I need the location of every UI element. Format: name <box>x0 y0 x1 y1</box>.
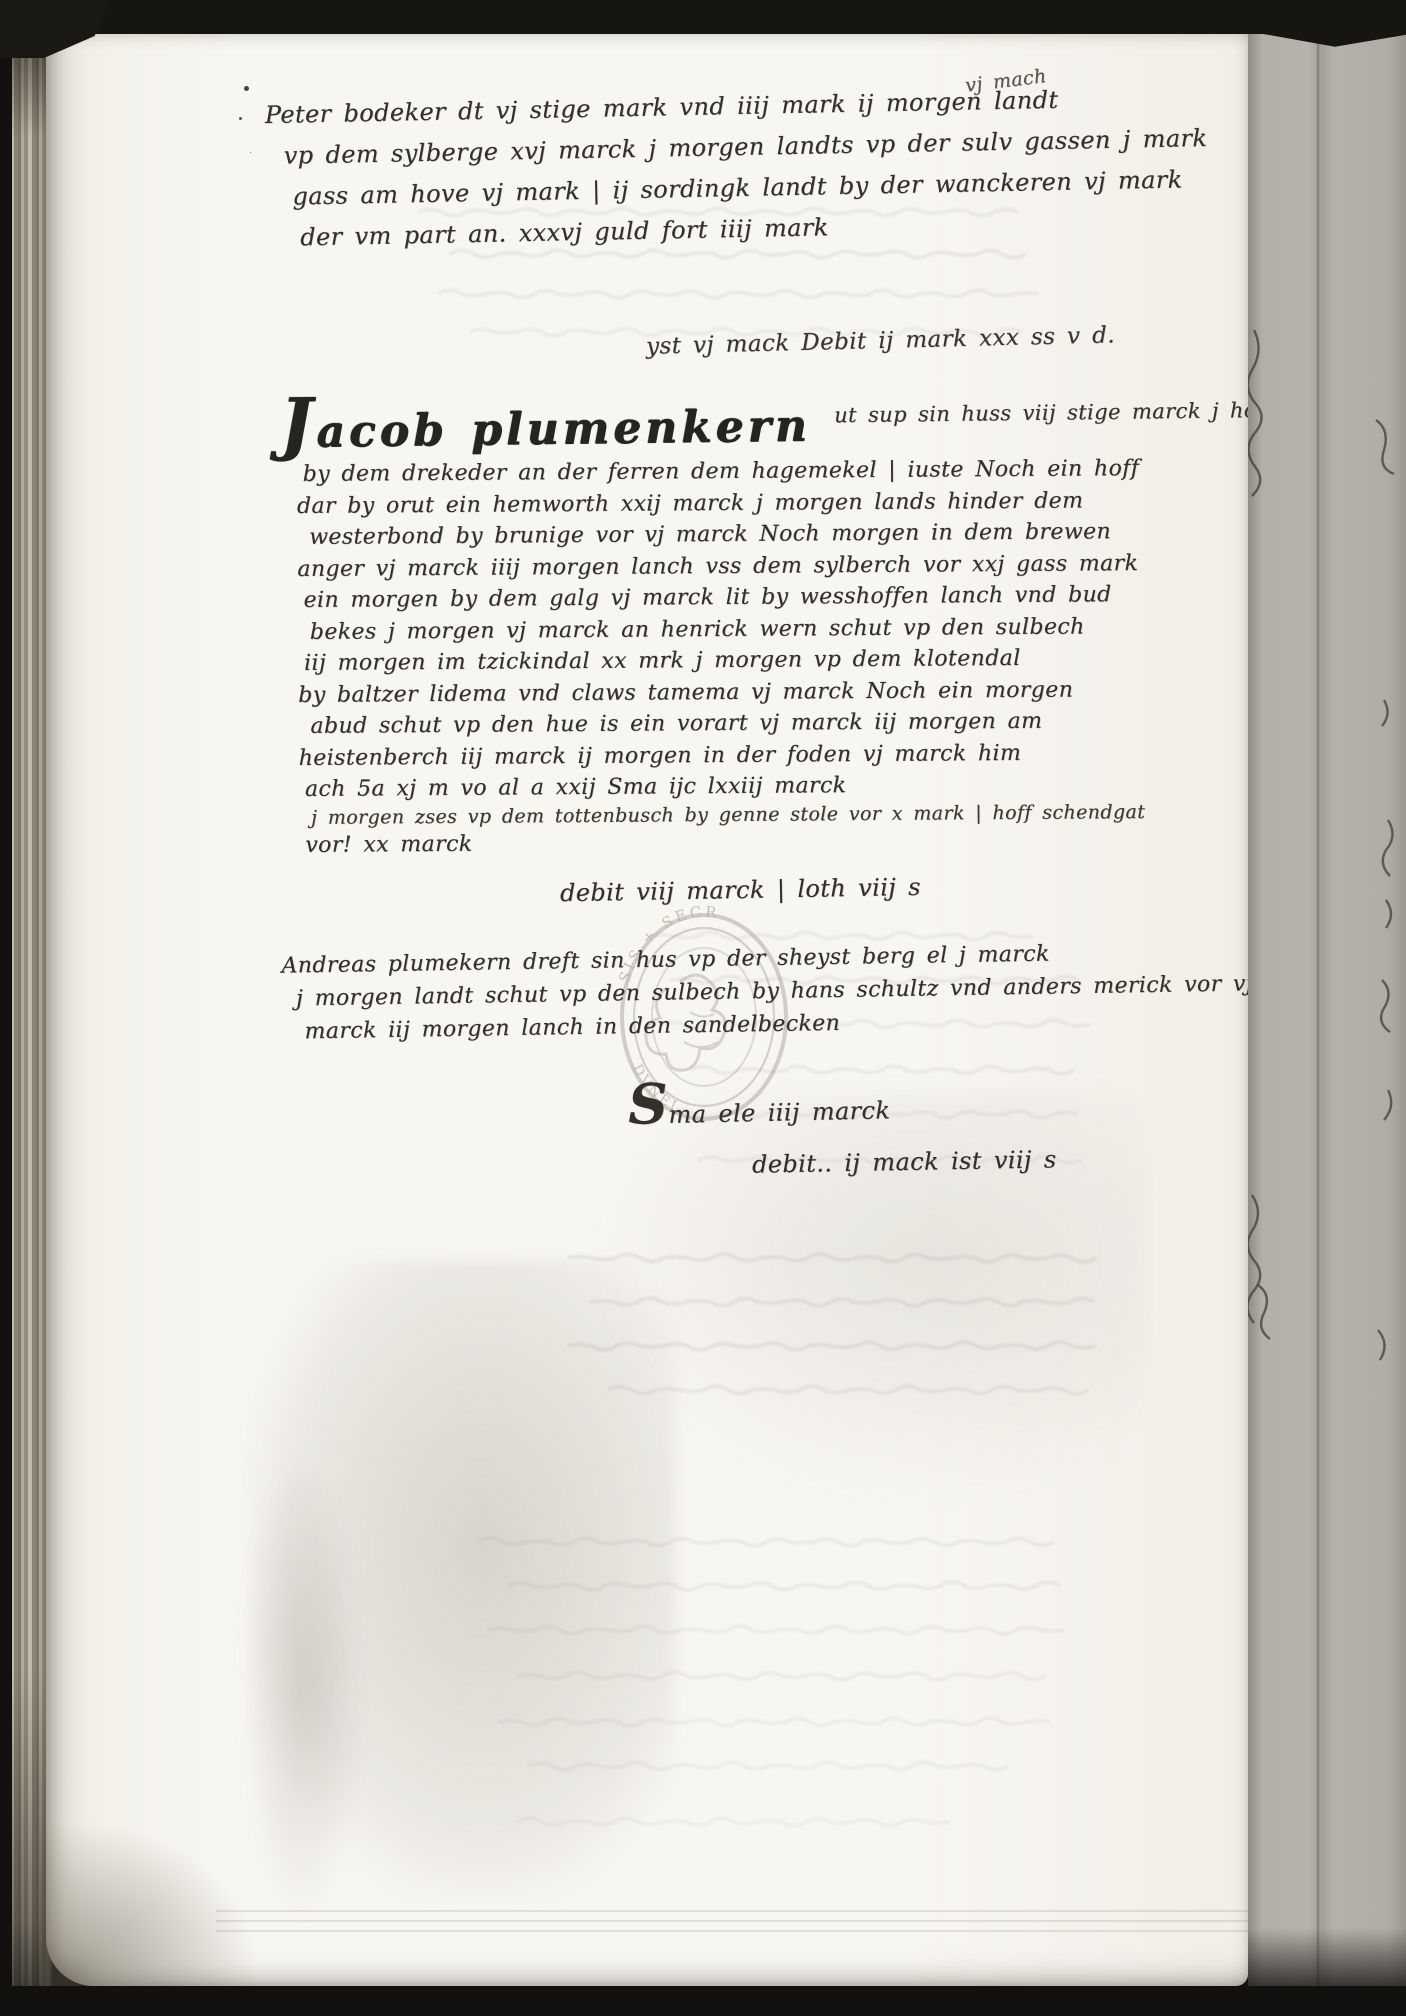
page-corner-shadow <box>40 1820 260 1990</box>
manuscript-page: SIS + SECR DVNEL vj mach Peter bodeker d… <box>46 30 1248 1986</box>
bleedthrough-line <box>488 1626 1064 1634</box>
bleedthrough-line <box>518 1672 1046 1680</box>
bleedthrough-line <box>608 1386 1088 1394</box>
entry-summa-line: Sma ele iiij marck <box>627 1067 890 1137</box>
bleedthrough-line <box>518 1818 950 1826</box>
entry-heading-note: ut sup sin huss viij stige marck j hoff <box>834 398 1273 427</box>
entry-heading: Jacob plumenkern <box>280 378 812 464</box>
entry-peter-bodeker: Peter bodeker dt vj stige mark vnd iiij … <box>265 77 1210 259</box>
bleedthrough-line <box>478 1538 1054 1546</box>
entry-jacob-heading-row: Jacob plumenkern ut sup sin huss viij st… <box>280 372 1274 464</box>
bleedthrough-line <box>568 1254 1096 1262</box>
fore-edge-crease <box>1316 40 1320 1990</box>
adjacent-page-fore-edge <box>1248 0 1406 2016</box>
bleedthrough-line <box>568 1342 1096 1350</box>
entry-line: vor! xx marck <box>305 824 1145 861</box>
fore-edge-ink-fragments <box>1248 0 1406 2016</box>
bleedthrough-line <box>438 290 1038 298</box>
bleedthrough-line <box>528 1762 1008 1770</box>
entry-jacob-plumenkern: by dem drekeder an der ferren dem hageme… <box>297 453 1146 861</box>
ink-specks <box>244 86 249 91</box>
entry-andreas-plumekern: Andreas plumekern dreft sin hus vp der s… <box>281 934 1253 1048</box>
entry-debit-line: debit.. ij mack ist viij s <box>752 1145 1057 1178</box>
page-stack-edges <box>216 1910 1248 1940</box>
scan-border-bottom <box>0 1986 1406 2016</box>
bleedthrough-line <box>590 1298 1094 1306</box>
fore-edge-bottom-shadow <box>1248 1928 1406 1988</box>
bleedthrough-line <box>498 1718 1050 1726</box>
scan-border-top <box>0 0 1406 34</box>
scan-border-left <box>0 0 12 2016</box>
manuscript-scan: SIS + SECR DVNEL vj mach Peter bodeker d… <box>0 0 1406 2016</box>
bleedthrough-line <box>508 1582 1060 1590</box>
